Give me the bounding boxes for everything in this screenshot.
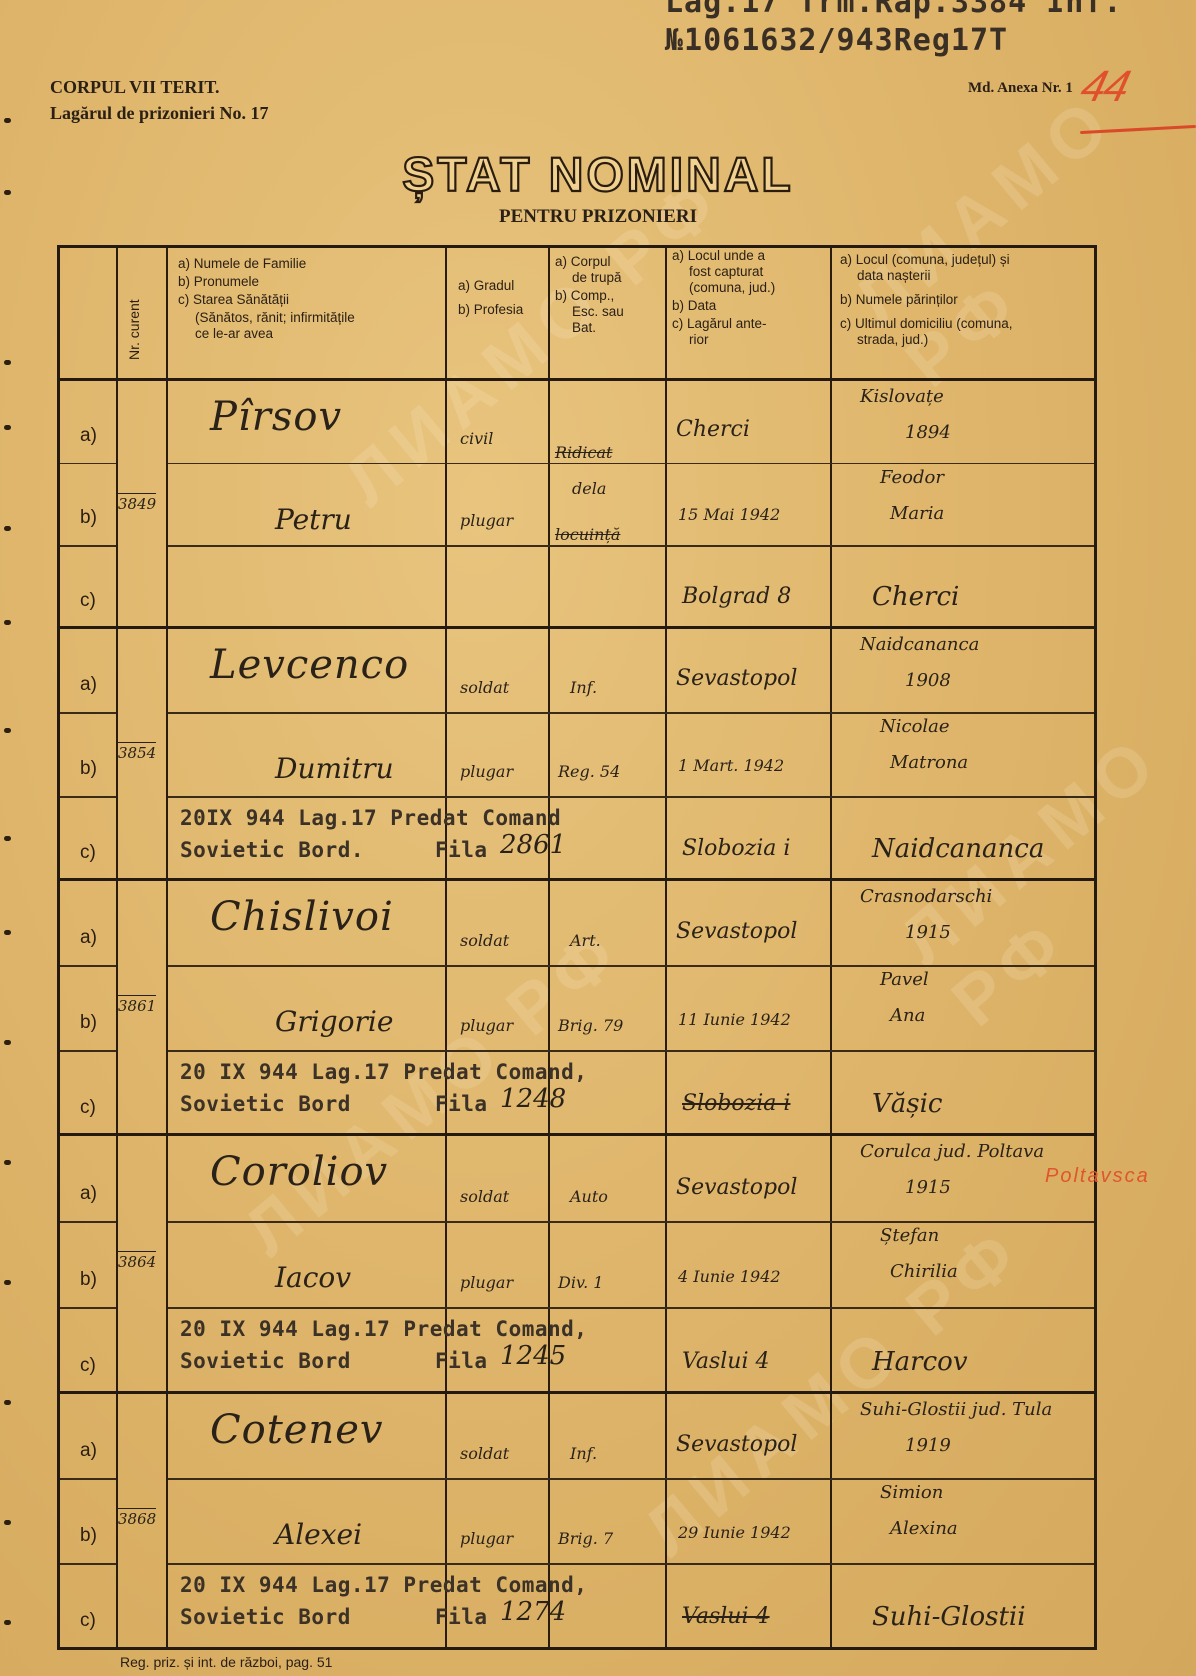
record-number: 3868: [118, 1508, 156, 1528]
previous-camp: Vaslui 4: [682, 1349, 770, 1374]
unit-line: Ridicat: [555, 443, 612, 462]
capture-place: Sevastopol: [676, 666, 797, 691]
subrow-line: [168, 1221, 1094, 1223]
previous-camp: Bolgrad 8: [682, 584, 791, 609]
unit-corps: Auto: [570, 1187, 608, 1206]
profession: plugar: [460, 511, 513, 530]
last-residence: Vășic: [872, 1089, 943, 1119]
capture-date: 1 Mart. 1942: [678, 756, 784, 775]
row-label: a): [80, 1183, 97, 1205]
first-name: Dumitru: [275, 752, 394, 785]
transfer-fila-number: 2861: [500, 830, 566, 860]
transfer-stamp-line1: 20 IX 944 Lag.17 Predat Comand,: [180, 1060, 587, 1084]
row-label: b): [80, 758, 97, 780]
header-line: ce le-ar avea: [178, 326, 440, 342]
subrow-line: [168, 712, 1094, 714]
header-origin-column: a) Locul (comuna, județul) și data naște…: [840, 252, 1090, 350]
header-capture-column: a) Locul unde a fost capturat (comuna, j…: [672, 248, 832, 350]
issuer-camp: Lagărul de prizonieri No. 17: [50, 100, 269, 126]
header-line: de trupă: [555, 270, 663, 286]
binder-hole: [4, 728, 11, 733]
row-label: b): [80, 1269, 97, 1291]
subrow-line: [168, 463, 1094, 465]
subrow-line: [168, 965, 1094, 967]
capture-place: Sevastopol: [676, 919, 797, 944]
red-page-number: 44: [1076, 62, 1133, 112]
archive-stamp-line1: Lag.17 Trm.Rap.3384 Inf.: [665, 0, 1122, 20]
header-line: (Sănătos, rănit; infirmitățile: [178, 310, 440, 326]
record-separator: [60, 626, 1094, 629]
unit-company: Brig. 7: [558, 1529, 613, 1548]
parent-father: Pavel: [880, 969, 929, 990]
transfer-stamp-line1: 20 IX 944 Lag.17 Predat Comand,: [180, 1317, 587, 1341]
parent-mother: Maria: [890, 503, 944, 524]
subrow-line: [60, 463, 116, 465]
header-line: Bat.: [555, 320, 663, 336]
previous-camp: Slobozia i: [682, 836, 790, 861]
header-line: fost capturat: [672, 264, 832, 280]
header-line: a) Gradul: [458, 278, 548, 294]
subrow-line: [60, 712, 116, 714]
row-label: b): [80, 1012, 97, 1034]
header-line: b) Comp.,: [555, 288, 663, 304]
profession: plugar: [460, 1529, 513, 1548]
capture-place: Sevastopol: [676, 1432, 797, 1457]
profession: plugar: [460, 762, 513, 781]
red-underline: [1080, 125, 1196, 134]
header-line: (comuna, jud.): [672, 280, 832, 296]
header-line: rior: [672, 332, 832, 348]
subrow-line: [60, 1478, 116, 1480]
subrow-line: [168, 1307, 1094, 1309]
binder-hole: [4, 1400, 11, 1405]
header-line: Esc. sau: [555, 304, 663, 320]
transfer-fila-number: 1248: [500, 1084, 566, 1114]
issuer-corps: CORPUL VII TERIT.: [50, 74, 269, 100]
parent-mother: Alexina: [890, 1518, 958, 1539]
capture-place: Sevastopol: [676, 1175, 797, 1200]
previous-camp: Slobozia i: [682, 1091, 790, 1116]
record-separator: [60, 378, 1094, 381]
subrow-line: [60, 545, 116, 547]
column-divider: [830, 248, 832, 1647]
subrow-line: [60, 1563, 116, 1565]
profession: plugar: [460, 1273, 513, 1292]
subrow-line: [168, 1050, 1094, 1052]
row-label: a): [80, 1440, 97, 1462]
rank: soldat: [460, 931, 509, 950]
record-separator: [60, 1133, 1094, 1136]
surname: Cotenev: [210, 1407, 383, 1453]
row-label: c): [80, 1610, 96, 1632]
birth-year: 1908: [905, 670, 951, 691]
binder-hole: [4, 425, 11, 430]
subrow-line: [60, 1307, 116, 1309]
parent-father: Nicolae: [880, 716, 950, 737]
binder-hole: [4, 1280, 11, 1285]
header-line: b) Data: [672, 298, 832, 314]
record-number: 3864: [118, 1251, 156, 1271]
binder-hole: [4, 118, 11, 123]
record-separator: [60, 878, 1094, 881]
subrow-line: [168, 545, 1094, 547]
red-annotation: Poltavsca: [1045, 1165, 1150, 1188]
last-residence: Naidcananca: [872, 834, 1044, 864]
column-divider: [166, 248, 168, 1647]
birth-place: Crasnodarschi: [860, 886, 992, 907]
parent-mother: Chirilia: [890, 1261, 958, 1282]
row-label: c): [80, 1097, 96, 1119]
transfer-stamp-line1: 20IX 944 Lag.17 Predat Comand: [180, 806, 561, 830]
unit-corps: Inf.: [570, 1444, 597, 1463]
surname: Pîrsov: [210, 394, 342, 440]
rank: soldat: [460, 678, 509, 697]
subrow-line: [60, 1221, 116, 1223]
transfer-stamp-fila-label: Fila: [435, 1605, 488, 1629]
header-name-column: a) Numele de Familie b) Pronumele c) Sta…: [178, 256, 440, 344]
surname: Coroliov: [210, 1149, 388, 1195]
page-title: ȘTAT NOMINAL: [0, 148, 1196, 203]
surname: Levcenco: [210, 642, 409, 688]
rank: civil: [460, 429, 493, 448]
annex-label: Md. Anexa Nr. 1: [968, 80, 1073, 97]
subrow-line: [168, 1478, 1094, 1480]
transfer-fila-number: 1274: [500, 1597, 566, 1627]
binder-hole: [4, 620, 11, 625]
birth-year: 1915: [905, 922, 951, 943]
rank: soldat: [460, 1187, 509, 1206]
row-label: a): [80, 674, 97, 696]
birth-year: 1915: [905, 1177, 951, 1198]
binder-hole: [4, 1620, 11, 1625]
header-line: b) Pronumele: [178, 274, 440, 290]
profession: plugar: [460, 1016, 513, 1035]
rank: soldat: [460, 1444, 509, 1463]
previous-camp: Vaslui 4: [682, 1604, 770, 1629]
surname: Chislivoi: [210, 894, 394, 940]
parent-mother: Ana: [890, 1005, 925, 1026]
binder-hole: [4, 1520, 11, 1525]
record-separator: [60, 1391, 1094, 1394]
column-divider: [665, 248, 667, 1647]
archive-stamp-line2: №1061632/943Reg17T: [665, 24, 1008, 58]
unit-corps: Art.: [570, 931, 601, 950]
binder-hole: [4, 526, 11, 531]
header-line: b) Profesia: [458, 302, 548, 318]
binder-hole: [4, 360, 11, 365]
column-divider: [116, 248, 118, 1647]
capture-place: Cherci: [676, 417, 750, 442]
capture-date: 4 Iunie 1942: [678, 1267, 781, 1286]
subrow-line: [168, 796, 1094, 798]
unit-company: Reg. 54: [558, 762, 620, 781]
header-line: c) Lagărul ante-: [672, 316, 832, 332]
birth-place: Corulca jud. Poltava: [860, 1141, 1044, 1162]
prisoner-roster-table: Nr. curent a) Numele de Familie b) Pronu…: [57, 245, 1097, 1650]
birth-place: Naidcananca: [860, 634, 979, 655]
page-subtitle: PENTRU PRIZONIERI: [0, 206, 1196, 228]
header-rank-column: a) Gradul b) Profesia: [458, 278, 548, 320]
subrow-line: [168, 1563, 1094, 1565]
header-line: a) Locul (comuna, județul) și: [840, 252, 1090, 268]
row-label: c): [80, 590, 96, 612]
unit-line: locuință: [555, 525, 620, 544]
parent-father: Feodor: [880, 467, 944, 488]
last-residence: Cherci: [872, 582, 959, 612]
record-number: 3849: [118, 493, 156, 513]
transfer-stamp-line2: Sovietic Bord.: [180, 838, 364, 862]
parent-mother: Matrona: [890, 752, 968, 773]
header-line: a) Numele de Familie: [178, 256, 440, 272]
unit-company: Brig. 79: [558, 1016, 623, 1035]
first-name: Iacov: [275, 1261, 351, 1294]
transfer-stamp-line1: 20 IX 944 Lag.17 Predat Comand,: [180, 1573, 587, 1597]
row-label: b): [80, 1525, 97, 1547]
column-divider: [548, 248, 550, 1647]
unit-company: Div. 1: [558, 1273, 603, 1292]
column-divider: [445, 248, 447, 1647]
header-line: b) Numele părinților: [840, 292, 1090, 308]
binder-hole: [4, 1160, 11, 1165]
transfer-fila-number: 1245: [500, 1341, 566, 1371]
row-label: a): [80, 927, 97, 949]
transfer-stamp-line2: Sovietic Bord: [180, 1605, 351, 1629]
parent-father: Simion: [880, 1482, 943, 1503]
subrow-line: [60, 1050, 116, 1052]
unit-line: dela: [572, 479, 606, 498]
parent-father: Ștefan: [880, 1225, 939, 1246]
transfer-stamp-line2: Sovietic Bord: [180, 1092, 351, 1116]
capture-date: 15 Mai 1942: [678, 505, 780, 524]
row-label: b): [80, 507, 97, 529]
transfer-stamp-fila-label: Fila: [435, 1349, 488, 1373]
first-name: Petru: [275, 503, 352, 536]
first-name: Grigorie: [275, 1005, 393, 1038]
capture-date: 11 Iunie 1942: [678, 1010, 791, 1029]
binder-hole: [4, 930, 11, 935]
binder-hole: [4, 1040, 11, 1045]
first-name: Alexei: [275, 1518, 362, 1551]
transfer-stamp-line2: Sovietic Bord: [180, 1349, 351, 1373]
footer-note: Reg. priz. și int. de război, pag. 51: [120, 1654, 332, 1670]
header-nr-curent: Nr. curent: [126, 299, 142, 360]
birth-place: Suhi-Glostii jud. Tula: [860, 1399, 1052, 1420]
header-line: c) Ultimul domiciliu (comuna,: [840, 316, 1090, 332]
unit-corps: Inf.: [570, 678, 597, 697]
issuer-header: CORPUL VII TERIT. Lagărul de prizonieri …: [50, 74, 269, 126]
header-line: a) Locul unde a: [672, 248, 832, 264]
capture-date: 29 Iunie 1942: [678, 1523, 791, 1542]
record-number: 3861: [118, 995, 156, 1015]
header-line: a) Corpul: [555, 254, 663, 270]
birth-year: 1894: [905, 422, 951, 443]
last-residence: Harcov: [872, 1347, 968, 1377]
header-line: data nașterii: [840, 268, 1090, 284]
subrow-line: [60, 796, 116, 798]
header-line: strada, jud.): [840, 332, 1090, 348]
row-label: c): [80, 842, 96, 864]
header-line: c) Starea Sănătății: [178, 292, 440, 308]
transfer-stamp-fila-label: Fila: [435, 1092, 488, 1116]
last-residence: Suhi-Glostii: [872, 1602, 1026, 1632]
birth-place: Kislovațe: [860, 386, 944, 407]
header-unit-column: a) Corpul de trupă b) Comp., Esc. sau Ba…: [555, 254, 663, 338]
subrow-line: [60, 965, 116, 967]
row-label: c): [80, 1355, 96, 1377]
birth-year: 1919: [905, 1435, 951, 1456]
record-number: 3854: [118, 742, 156, 762]
binder-hole: [4, 836, 11, 841]
transfer-stamp-fila-label: Fila: [435, 838, 488, 862]
row-label: a): [80, 425, 97, 447]
